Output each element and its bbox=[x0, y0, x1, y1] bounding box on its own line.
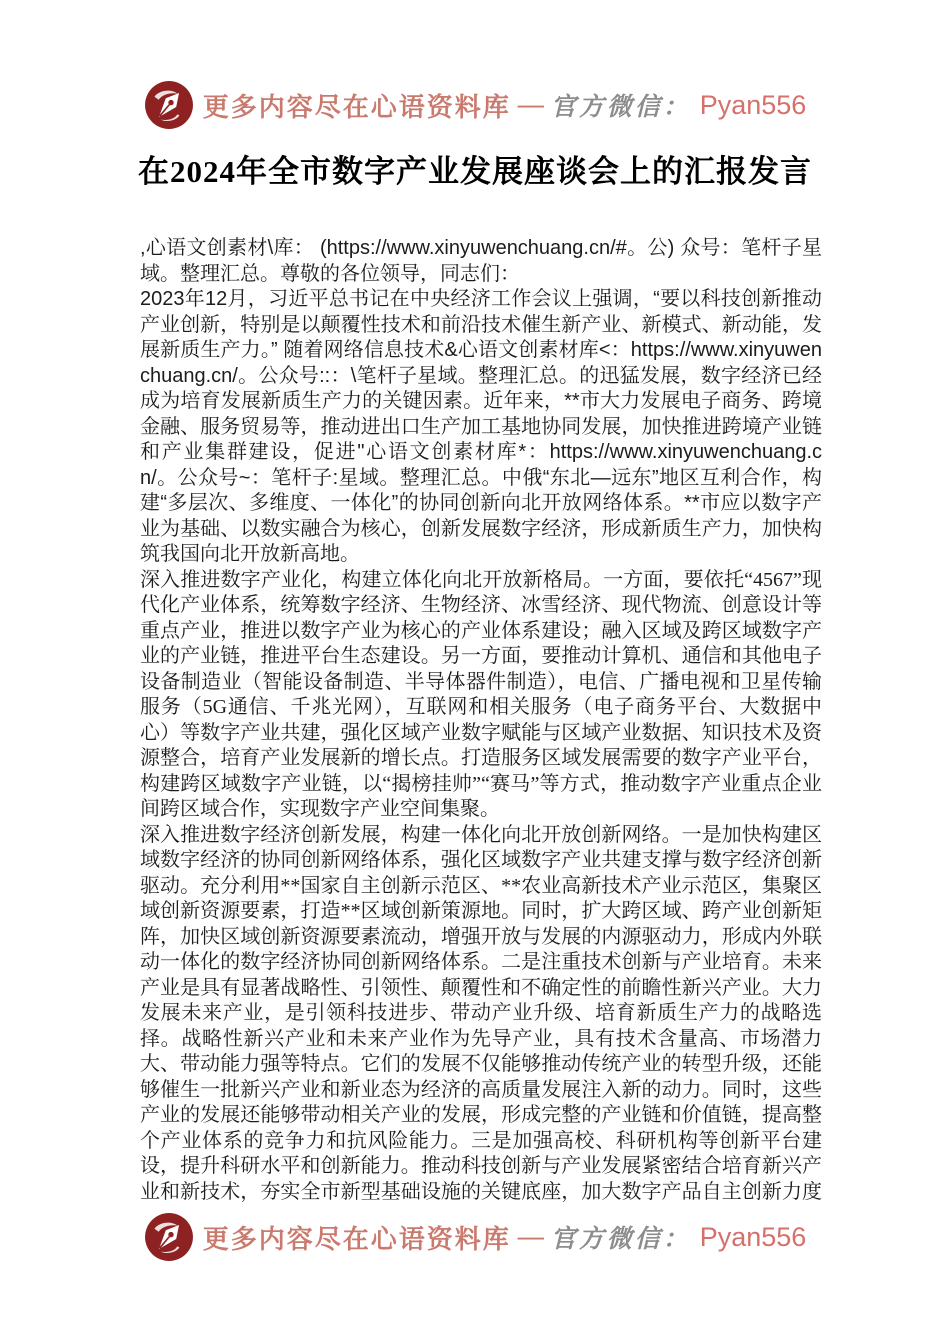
paragraph: ,心语文创素材\库： (https://www.xinyuwenchuang.c… bbox=[140, 236, 822, 287]
document-page: 更多内容尽在心语资料库 — 官方微信： Pyan556 在2024年全市数字产业… bbox=[0, 0, 950, 1344]
pen-logo-icon bbox=[144, 80, 194, 130]
banner-wechat-label: 官方微信： bbox=[551, 87, 691, 123]
banner-dash: — bbox=[518, 1222, 544, 1252]
banner-text: 更多内容尽在心语资料库 bbox=[203, 1219, 511, 1256]
pen-logo-icon bbox=[144, 1212, 194, 1262]
document-body: ,心语文创素材\库： (https://www.xinyuwenchuang.c… bbox=[140, 236, 822, 1202]
banner-dash: — bbox=[518, 90, 544, 120]
paragraph: 深入推进数字产业化，构建立体化向北开放新格局。一方面，要依托“4567”现代化产… bbox=[140, 568, 822, 823]
banner-wechat-id: Pyan556 bbox=[700, 1222, 807, 1253]
banner-wechat-id: Pyan556 bbox=[700, 90, 807, 121]
paragraph: 2023年12月，习近平总书记在中央经济工作会议上强调，“要以科技创新推动产业创… bbox=[140, 287, 822, 568]
page-title: 在2024年全市数字产业发展座谈会上的汇报发言 bbox=[0, 146, 950, 191]
paragraph: 深入推进数字经济创新发展，构建一体化向北开放创新网络。一是加快构建区域数字经济的… bbox=[140, 823, 822, 1203]
footer-banner: 更多内容尽在心语资料库 — 官方微信： Pyan556 bbox=[0, 1212, 950, 1262]
banner-wechat-label: 官方微信： bbox=[551, 1219, 691, 1255]
banner-text: 更多内容尽在心语资料库 bbox=[203, 87, 511, 124]
header-banner: 更多内容尽在心语资料库 — 官方微信： Pyan556 bbox=[0, 80, 950, 130]
